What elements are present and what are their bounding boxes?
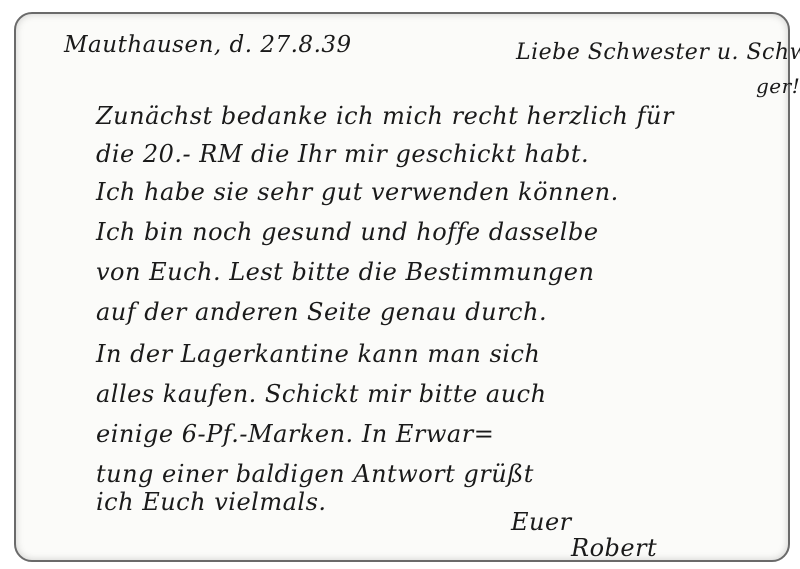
signature: Robert: [571, 534, 657, 562]
postcard: Mauthausen, d. 27.8.39 Liebe Schwester u…: [14, 12, 790, 562]
body-line: die 20.- RM die Ihr mir geschickt habt.: [96, 140, 589, 168]
closing: Euer: [511, 508, 572, 536]
body-line: Ich bin noch gesund und hoffe dasselbe: [96, 218, 599, 246]
body-line: ich Euch vielmals.: [96, 488, 327, 516]
body-line: einige 6-Pf.-Marken. In Erwar=: [96, 420, 494, 448]
salutation-continued: ger!: [756, 74, 800, 98]
body-line: Zunächst bedanke ich mich recht herzlich…: [96, 102, 674, 130]
body-line: alles kaufen. Schickt mir bitte auch: [96, 380, 547, 408]
salutation: Liebe Schwester u. Schwa-: [516, 40, 800, 65]
body-line: auf der anderen Seite genau durch.: [96, 298, 547, 326]
body-line: Ich habe sie sehr gut verwenden können.: [96, 178, 619, 206]
body-line: tung einer baldigen Antwort grüßt: [96, 460, 534, 488]
body-line: In der Lagerkantine kann man sich: [96, 340, 540, 368]
place-date: Mauthausen, d. 27.8.39: [64, 32, 352, 58]
body-line: von Euch. Lest bitte die Bestimmungen: [96, 258, 594, 286]
